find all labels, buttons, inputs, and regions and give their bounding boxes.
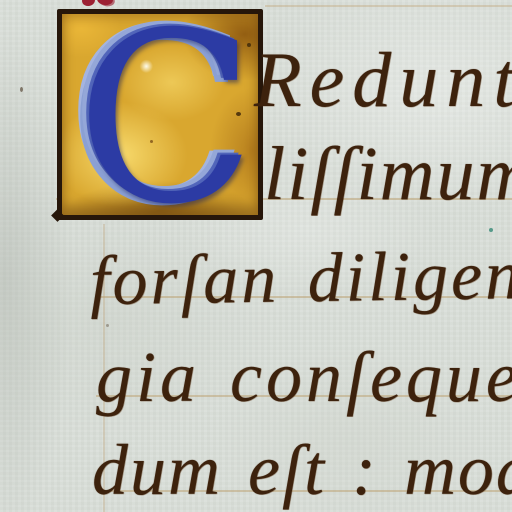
- ink-speck: [247, 43, 251, 47]
- ink-speck: [236, 112, 241, 116]
- illuminated-initial-panel: C C C: [57, 9, 263, 220]
- text-line-4: gia conſequet: [96, 336, 512, 419]
- initial-letter-main-layer: C: [76, 2, 256, 237]
- ink-speck: [150, 140, 153, 143]
- text-line-1: Redunt: [254, 35, 512, 125]
- text-line-2: liſſimum: [264, 131, 512, 218]
- manuscript-page: C C C Redunt liſſimum forſan diligent gi…: [0, 0, 512, 512]
- pigment-speck: [489, 228, 493, 232]
- illuminated-initial-letter: C C C: [76, 2, 276, 242]
- ink-speck: [106, 324, 109, 327]
- ruling-line-1: [265, 5, 512, 7]
- ink-speck: [20, 87, 23, 92]
- text-line-3: forſan diligent: [89, 236, 512, 322]
- text-line-5: dum eſt : modo: [92, 429, 512, 512]
